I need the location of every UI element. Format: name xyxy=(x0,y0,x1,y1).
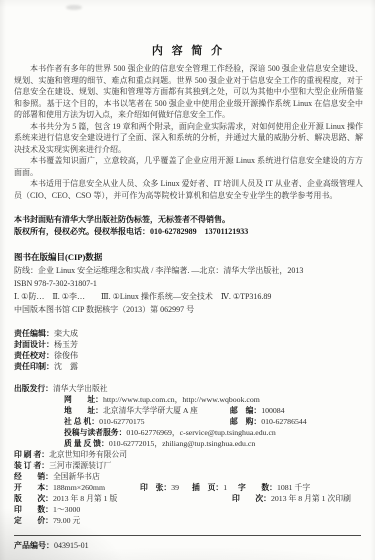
binder-line: 装 订 者：三河市溧源装订厂 xyxy=(14,460,363,471)
reader-service-value: 010-62776969，c-service@tup.tsinghua.edu.… xyxy=(126,428,275,437)
credit-editor-label: 责任编辑： xyxy=(14,329,54,338)
staff-credits: 责任编辑：栾大成 封面设计：杨玉芳 责任校对：徐俊伟 责任印制：沈 露 xyxy=(14,328,363,372)
anti-piracy-notice: 本书封面贴有清华大学出版社防伪标签，无标签者不得销售。 版权所有，侵权必究。侵权… xyxy=(14,214,363,237)
mail-order-value: 010-62786544 xyxy=(261,417,306,426)
switchboard-label: 社 总 机： xyxy=(64,417,99,426)
printer-value: 北京世知印务有限公司 xyxy=(49,450,127,459)
impression-right: 印 次：2013 年 8 月第 1 次印刷 xyxy=(232,493,351,504)
credit-proofreader: 责任校对：徐俊伟 xyxy=(14,350,363,361)
format-line: 开 本：188mm×260mm 印 张：39 插 页：1 字 数：1081 千字 xyxy=(14,482,363,493)
price-label: 定 价： xyxy=(14,516,53,525)
website-label: 网 址： xyxy=(64,395,103,404)
quality-feedback-label: 质 量 反 馈： xyxy=(64,439,109,448)
scan-smudge xyxy=(66,5,82,10)
printer-line: 印 刷 者：北京世知印务有限公司 xyxy=(14,449,363,460)
impression-label: 印 次： xyxy=(232,494,271,503)
zip-label: 邮 编： xyxy=(230,406,261,415)
edition-value: 2013 年 8 月第 1 版 xyxy=(53,494,117,503)
word-count-label: 字 数： xyxy=(238,483,277,492)
publisher-label: 出版发行： xyxy=(14,384,53,393)
print-run-value: 1～3000 xyxy=(53,505,80,514)
binder-value: 三河市溧源装订厂 xyxy=(49,461,111,470)
printer-label: 印 刷 者： xyxy=(14,450,49,459)
credit-print-supervisor: 责任印制：沈 露 xyxy=(14,361,363,372)
price-line: 定 价：79.00 元 xyxy=(14,515,363,526)
credit-print-label: 责任印制： xyxy=(14,362,54,371)
address-line: 地 址：北京清华大学学研大厦 A 座 邮 编：100084 xyxy=(64,405,363,416)
zip-value: 100084 xyxy=(261,406,284,415)
sheets-seg: 印 张：39 xyxy=(140,482,192,493)
address-value: 北京清华大学学研大厦 A 座 xyxy=(103,406,198,415)
mail-order-label: 邮 购： xyxy=(230,417,261,426)
price-value: 79.00 元 xyxy=(53,516,80,525)
cip-record-line: 中国版本图书馆 CIP 数据核字（2013）第 062997 号 xyxy=(14,303,363,316)
edition-left: 版 次：2013 年 8 月第 1 版 xyxy=(14,493,232,504)
format-label: 开 本： xyxy=(14,483,53,492)
credit-editor: 责任编辑：栾大成 xyxy=(14,328,363,339)
cip-classification-line: Ⅰ. ①防… Ⅱ. ①李… Ⅲ. ①Linux 操作系统—安全技术 Ⅳ. ①TP… xyxy=(14,290,363,303)
credit-cover-value: 杨玉芳 xyxy=(54,340,78,349)
cip-data-block: 图书在版编目(CIP)数据 防线：企业 Linux 安全运维理念和实战 / 李洋… xyxy=(14,251,363,316)
quality-feedback-value: 010-62772015，zhiliang@tup.tsinghua.edu.c… xyxy=(109,439,255,448)
switchboard-left: 社 总 机：010-62770175 xyxy=(64,416,230,427)
summary-paragraph-2: 本书共分为 5 篇，包含 19 章和两个附录，面向企业实际需求，对如何使用企业开… xyxy=(14,121,363,156)
format-value: 188mm×260mm xyxy=(53,483,105,492)
print-run-line: 印 数：1～3000 xyxy=(14,504,363,515)
quality-feedback-line: 质 量 反 馈：010-62772015，zhiliang@tup.tsingh… xyxy=(64,438,363,449)
switchboard-line: 社 总 机：010-62770175 邮 购：010-62786544 xyxy=(64,416,363,427)
anti-piracy-line-2: 版权所有，侵权必究。侵权举报电话：010-62782989 1370112193… xyxy=(14,226,363,238)
word-count-value: 1081 千字 xyxy=(277,483,310,492)
inserts-label: 插 页： xyxy=(192,483,223,492)
footer-divider xyxy=(14,535,361,536)
inserts-seg: 插 页：1 xyxy=(192,482,238,493)
cip-isbn-line: ISBN 978-7-302-31807-1 xyxy=(14,277,363,290)
product-code-label: 产品编号： xyxy=(14,541,54,550)
summary-paragraph-1: 本书作者有多年的世界 500 强企业的信息安全管理工作经验，深谙 500 强企业… xyxy=(14,63,363,121)
website-line: 网 址：http://www.tup.com.cn，http://www.wqb… xyxy=(64,394,363,405)
address-label: 地 址： xyxy=(64,406,103,415)
sheets-value: 39 xyxy=(171,483,179,492)
cip-heading: 图书在版编目(CIP)数据 xyxy=(14,251,363,264)
address-left: 地 址：北京清华大学学研大厦 A 座 xyxy=(64,405,230,416)
product-code-line: 产品编号：043915-01 xyxy=(14,540,363,551)
edition-line: 版 次：2013 年 8 月第 1 版 印 次：2013 年 8 月第 1 次印… xyxy=(14,493,363,504)
publisher-line: 出版发行：清华大学出版社 xyxy=(14,383,363,394)
website-value: http://www.tup.com.cn，http://www.wqbook.… xyxy=(103,395,260,404)
print-run-label: 印 数： xyxy=(14,505,53,514)
distributor-value: 全国新华书店 xyxy=(53,472,100,481)
edition-label: 版 次： xyxy=(14,494,53,503)
summary-paragraph-3: 本书覆盖知识面广，立意较高，几乎覆盖了企业应用开源 Linux 系统进行信息安全… xyxy=(14,155,363,178)
cip-title-line: 防线：企业 Linux 安全运维理念和实战 / 李洋编著. —北京：清华大学出版… xyxy=(14,264,363,277)
reader-service-label: 投稿与读者服务： xyxy=(64,428,126,437)
mail-order-right: 邮 购：010-62786544 xyxy=(230,416,307,427)
format-left: 开 本：188mm×260mm xyxy=(14,482,140,493)
publisher-value: 清华大学出版社 xyxy=(53,384,108,393)
content-summary-title: 内 容 简 介 xyxy=(14,42,363,58)
publication-colophon: 出版发行：清华大学出版社 网 址：http://www.tup.com.cn，h… xyxy=(14,383,363,526)
switchboard-value: 010-62770175 xyxy=(99,417,144,426)
distributor-label: 经 销： xyxy=(14,472,53,481)
credit-cover-label: 封面设计： xyxy=(14,340,54,349)
anti-piracy-line-1: 本书封面贴有清华大学出版社防伪标签，无标签者不得销售。 xyxy=(14,214,363,226)
zip-right: 邮 编：100084 xyxy=(230,405,285,416)
credit-cover-design: 封面设计：杨玉芳 xyxy=(14,339,363,350)
word-count-seg: 字 数：1081 千字 xyxy=(238,482,310,493)
distributor-line: 经 销：全国新华书店 xyxy=(14,471,363,482)
credit-print-value: 沈 露 xyxy=(54,362,78,371)
credit-proofreader-value: 徐俊伟 xyxy=(54,351,78,360)
reader-service-line: 投稿与读者服务：010-62776969，c-service@tup.tsing… xyxy=(64,427,363,438)
sheets-label: 印 张： xyxy=(140,483,171,492)
inserts-value: 1 xyxy=(223,483,227,492)
binder-label: 装 订 者： xyxy=(14,461,49,470)
summary-paragraph-4: 本书适用于信息安全从业人员、众多 Linux 爱好者、IT 培训人员及 IT 从… xyxy=(14,178,363,201)
book-copyright-page: 内 容 简 介 本书作者有多年的世界 500 强企业的信息安全管理工作经验，深谙… xyxy=(0,0,375,560)
credit-editor-value: 栾大成 xyxy=(54,329,78,338)
impression-value: 2013 年 8 月第 1 次印刷 xyxy=(271,494,351,503)
product-code-value: 043915-01 xyxy=(54,541,89,550)
credit-proofreader-label: 责任校对： xyxy=(14,351,54,360)
